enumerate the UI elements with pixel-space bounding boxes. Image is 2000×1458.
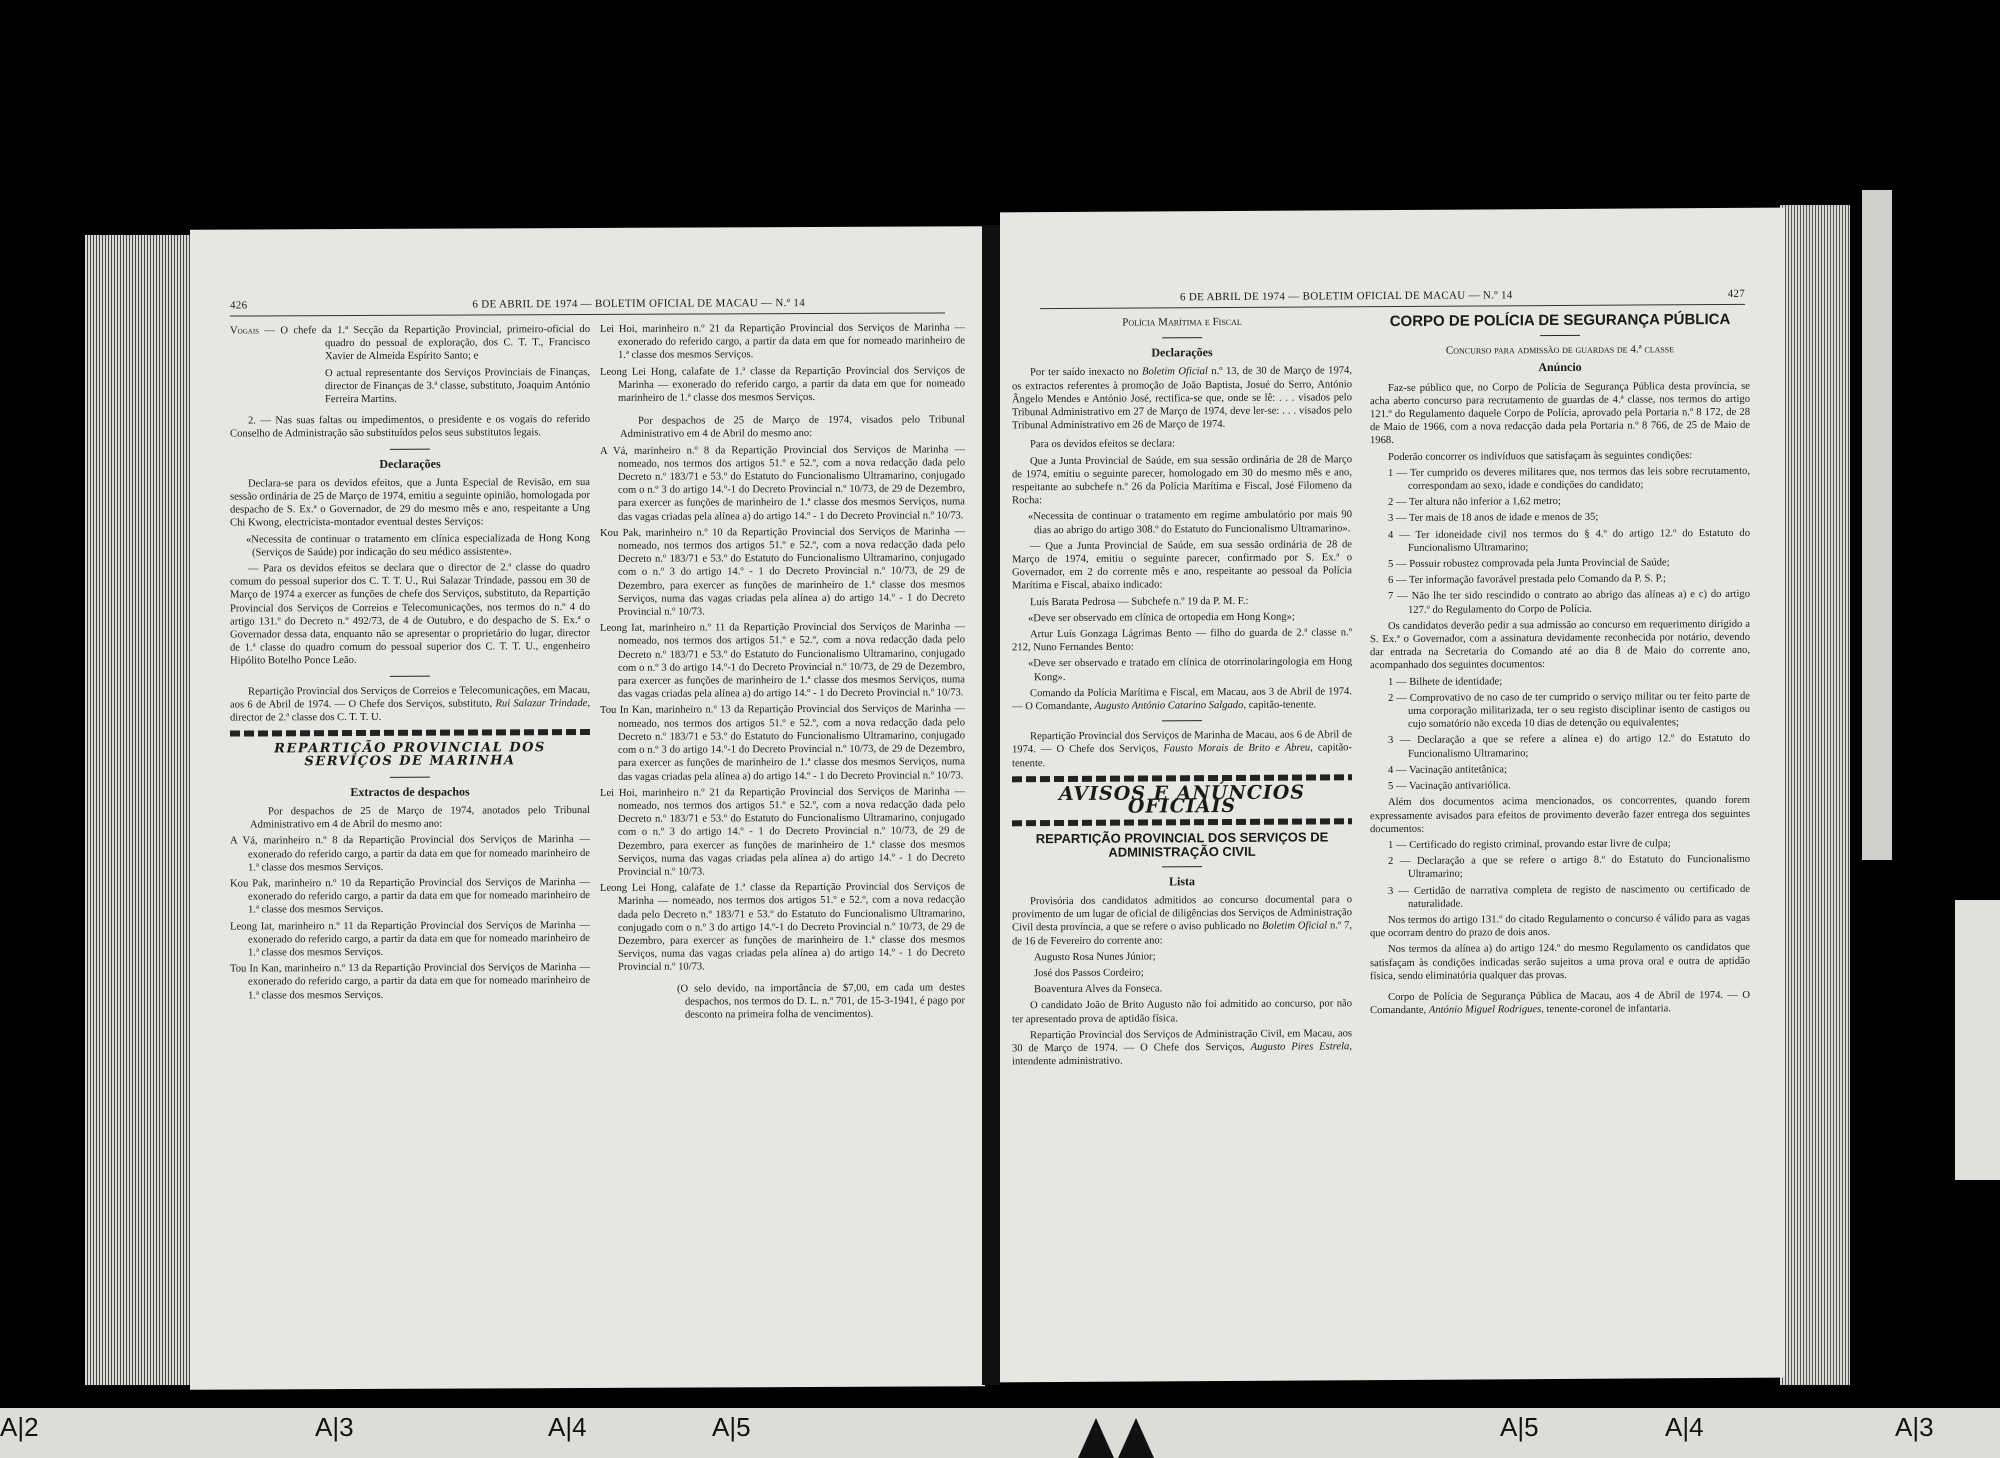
para: Os candidatos deverão pedir a sua admiss… bbox=[1370, 618, 1750, 673]
divider bbox=[1162, 337, 1202, 338]
divider bbox=[390, 675, 430, 676]
admin-civil-heading: REPARTIÇÃO PROVINCIAL DOS SERVIÇOS DE AD… bbox=[1012, 831, 1352, 859]
para-2: 2. — Nas suas faltas ou impedimentos, o … bbox=[230, 413, 590, 441]
document-item: 2 — Comprovativo de no caso de ter cumpr… bbox=[1370, 690, 1750, 732]
condition: 2 — Ter altura não inferior a 1,62 metro… bbox=[1370, 494, 1750, 510]
candidate: José dos Passos Cordeiro; bbox=[1012, 965, 1352, 980]
quote: «Necessita de continuar o tratamento em … bbox=[1012, 509, 1352, 537]
para: Além dos documentos acima mencionados, o… bbox=[1370, 794, 1750, 836]
extra-document-item: 2 — Declaração a que se refere o artigo … bbox=[1370, 853, 1750, 882]
quote: «Deve ser observado e tratado em clínica… bbox=[1012, 656, 1352, 684]
para: Artur Luís Gonzaga Lágrimas Bento — filh… bbox=[1012, 626, 1352, 654]
signature-psp: Corpo de Polícia de Segurança Pública de… bbox=[1370, 989, 1750, 1018]
right-column-1: Polícia Marítima e Fiscal Declarações Po… bbox=[1012, 315, 1352, 1071]
film-marker: A|4 bbox=[1665, 1412, 1704, 1443]
film-marker: A|3 bbox=[315, 1412, 354, 1443]
running-head-text: 6 DE ABRIL DE 1974 — BOLETIM OFICIAL DE … bbox=[472, 297, 805, 310]
extra-document-item: 3 — Certidão de narrativa completa de re… bbox=[1370, 882, 1750, 911]
document-item: 1 — Bilhete de identidade; bbox=[1370, 673, 1750, 689]
despachos-intro: Por despachos de 25 de Março de 1974, vi… bbox=[600, 414, 965, 442]
entry: Leong Lei Hong, calafate de 1.ª classe d… bbox=[600, 364, 965, 405]
vogais-label: Vogais bbox=[230, 325, 259, 336]
not-admitted: O candidato João de Brito Augusto não fo… bbox=[1012, 998, 1352, 1026]
book-page-edges-left bbox=[85, 235, 195, 1385]
divider bbox=[1162, 720, 1202, 721]
signature-pmf: Comando da Polícia Marítima e Fiscal, em… bbox=[1012, 685, 1352, 713]
corpo-policia-heading: CORPO DE POLÍCIA DE SEGURANÇA PÚBLICA bbox=[1370, 313, 1750, 329]
divider bbox=[1162, 866, 1202, 867]
running-head-right: 6 DE ABRIL DE 1974 — BOLETIM OFICIAL DE … bbox=[1040, 288, 1745, 309]
candidate: Augusto Rosa Nunes Júnior; bbox=[1012, 949, 1352, 964]
signature-marinha: Repartição Provincial dos Serviços de Ma… bbox=[1012, 729, 1352, 771]
entry: Leong Iat, marinheiro n.º 11 da Repartiç… bbox=[230, 919, 590, 960]
film-marker: A|4 bbox=[548, 1412, 587, 1443]
entry: Kou Pak, marinheiro n.º 10 da Repartição… bbox=[600, 525, 965, 619]
document-item: 5 — Vacinação antivariólica. bbox=[1370, 778, 1750, 794]
condition: 5 — Possuir robustez comprovada pela Jun… bbox=[1370, 556, 1750, 572]
decl-p2: — Para os devidos efeitos se declara que… bbox=[230, 561, 590, 668]
left-column-1: Vogais — O chefe da 1.ª Secção da Repart… bbox=[230, 323, 590, 1005]
document-item: 3 — Declaração a que se refere a alínea … bbox=[1370, 732, 1750, 761]
para: Luís Barata Pedrosa — Subchefe n.º 19 da… bbox=[1012, 594, 1352, 609]
film-marker: A|5 bbox=[712, 1412, 751, 1443]
decorative-border bbox=[230, 729, 590, 737]
rectification: Por ter saído inexacto no Boletim Oficia… bbox=[1012, 365, 1352, 433]
para: — Que a Junta Provincial de Saúde, em su… bbox=[1012, 538, 1352, 593]
entry: Lei Hoi, marinheiro n.º 21 da Repartição… bbox=[600, 785, 965, 879]
divider bbox=[390, 448, 430, 449]
extra-document-item: 1 — Certificado do registo criminal, pro… bbox=[1370, 837, 1750, 853]
vogais-2: O actual representante dos Serviços Prov… bbox=[230, 366, 590, 407]
signature-admin: Repartição Provincial dos Serviços de Ad… bbox=[1012, 1027, 1352, 1069]
book-gutter bbox=[982, 225, 1000, 1385]
lista-intro: Provisória dos candidatos admitidos ao c… bbox=[1012, 893, 1352, 948]
selo-note: (O selo devido, na importância de $7,00,… bbox=[600, 981, 965, 1022]
para: Que a Junta Provincial de Saúde, em sua … bbox=[1012, 453, 1352, 508]
condition: 4 — Ter idoneidade civil nos termos do §… bbox=[1370, 526, 1750, 555]
film-notch-left bbox=[1078, 1418, 1114, 1458]
decorative-border bbox=[1012, 819, 1352, 827]
condition: 7 — Não lhe ter sido rescindido o contra… bbox=[1370, 588, 1750, 617]
page-number: 427 bbox=[1728, 288, 1745, 300]
candidate: Boaventura Alves da Fonseca. bbox=[1012, 981, 1352, 996]
concurso-subtitle: Concurso para admissão de guardas de 4.ª… bbox=[1370, 343, 1750, 359]
running-head-text: 6 DE ABRIL DE 1974 — BOLETIM OFICIAL DE … bbox=[1180, 289, 1513, 303]
entry: A Vá, marinheiro n.º 8 da Repartição Pro… bbox=[600, 443, 965, 524]
para: Nos termos da alínea a) do artigo 124.º … bbox=[1370, 941, 1750, 983]
film-notch-right bbox=[1118, 1418, 1154, 1458]
quote: «Deve ser observado em clínica de ortope… bbox=[1012, 610, 1352, 625]
condition: 6 — Ter informação favorável prestada pe… bbox=[1370, 572, 1750, 588]
marinha-heading: REPARTIÇÃO PROVINCIAL DOS SERVIÇOS DE MA… bbox=[230, 741, 590, 769]
condition: 3 — Ter mais de 18 anos de idade e menos… bbox=[1370, 510, 1750, 526]
entry: A Vá, marinheiro n.º 8 da Repartição Pro… bbox=[230, 833, 590, 874]
para: Para os devidos efeitos se declara: bbox=[1012, 437, 1352, 452]
entry: Leong Iat, marinheiro n.º 11 da Repartiç… bbox=[600, 621, 965, 702]
right-column-2: CORPO DE POLÍCIA DE SEGURANÇA PÚBLICA Co… bbox=[1370, 313, 1750, 1021]
decl-p1: Declara-se para os devidos efeitos, que … bbox=[230, 476, 590, 530]
signature-ctt: Repartição Provincial dos Serviços de Co… bbox=[230, 684, 590, 725]
entry: Kou Pak, marinheiro n.º 10 da Repartição… bbox=[230, 876, 590, 917]
entry: Leong Lei Hong, calafate de 1.ª classe d… bbox=[600, 880, 965, 974]
anuncio-heading: Anúncio bbox=[1370, 360, 1750, 376]
left-page: 426 6 DE ABRIL DE 1974 — BOLETIM OFICIAL… bbox=[190, 226, 985, 1389]
page-tab-strip bbox=[1862, 190, 1892, 860]
divider bbox=[1540, 335, 1580, 336]
entry: Tou In Kan, marinheiro n.º 13 da Reparti… bbox=[600, 703, 965, 784]
film-marker: A|2 bbox=[0, 1412, 39, 1443]
declaracoes-heading: Declarações bbox=[1012, 345, 1352, 360]
condition: 1 — Ter cumprido os deveres militares qu… bbox=[1370, 465, 1750, 494]
policia-maritima-heading: Polícia Marítima e Fiscal bbox=[1012, 315, 1352, 330]
declaracoes-heading: Declarações bbox=[230, 457, 590, 472]
entry: Tou In Kan, marinheiro n.º 13 da Reparti… bbox=[230, 961, 590, 1002]
para: Nos termos do artigo 131.º do citado Reg… bbox=[1370, 912, 1750, 941]
film-marker: A|3 bbox=[1895, 1412, 1934, 1443]
decl-quote: «Necessita de continuar o tratamento em … bbox=[230, 532, 590, 560]
running-head-left: 426 6 DE ABRIL DE 1974 — BOLETIM OFICIAL… bbox=[230, 296, 945, 316]
document-item: 4 — Vacinação antitetânica; bbox=[1370, 762, 1750, 778]
extractos-intro: Por despachos de 25 de Março de 1974, an… bbox=[230, 804, 590, 832]
para: Faz-se público que, no Corpo de Polícia … bbox=[1370, 379, 1750, 447]
entry: Lei Hoi, marinheiro n.º 21 da Repartição… bbox=[600, 321, 965, 362]
avisos-heading: AVISOS E ANÚNCIOS OFICIAIS bbox=[1012, 786, 1352, 814]
film-marker: A|5 bbox=[1500, 1412, 1539, 1443]
lista-heading: Lista bbox=[1012, 874, 1352, 889]
page-number: 426 bbox=[230, 299, 247, 311]
book-page-edges-right bbox=[1780, 205, 1850, 1385]
extractos-heading: Extractos de despachos bbox=[230, 785, 590, 800]
right-page: 6 DE ABRIL DE 1974 — BOLETIM OFICIAL DE … bbox=[1000, 208, 1785, 1383]
divider bbox=[390, 776, 430, 777]
left-column-2: Lei Hoi, marinheiro n.º 21 da Repartição… bbox=[600, 321, 965, 1025]
vogais-1: O chefe da 1.ª Secção da Repartição Prov… bbox=[280, 324, 590, 363]
para: Poderão concorrer os indivíduos que sati… bbox=[1370, 448, 1750, 464]
edge-card bbox=[1955, 900, 2000, 1180]
